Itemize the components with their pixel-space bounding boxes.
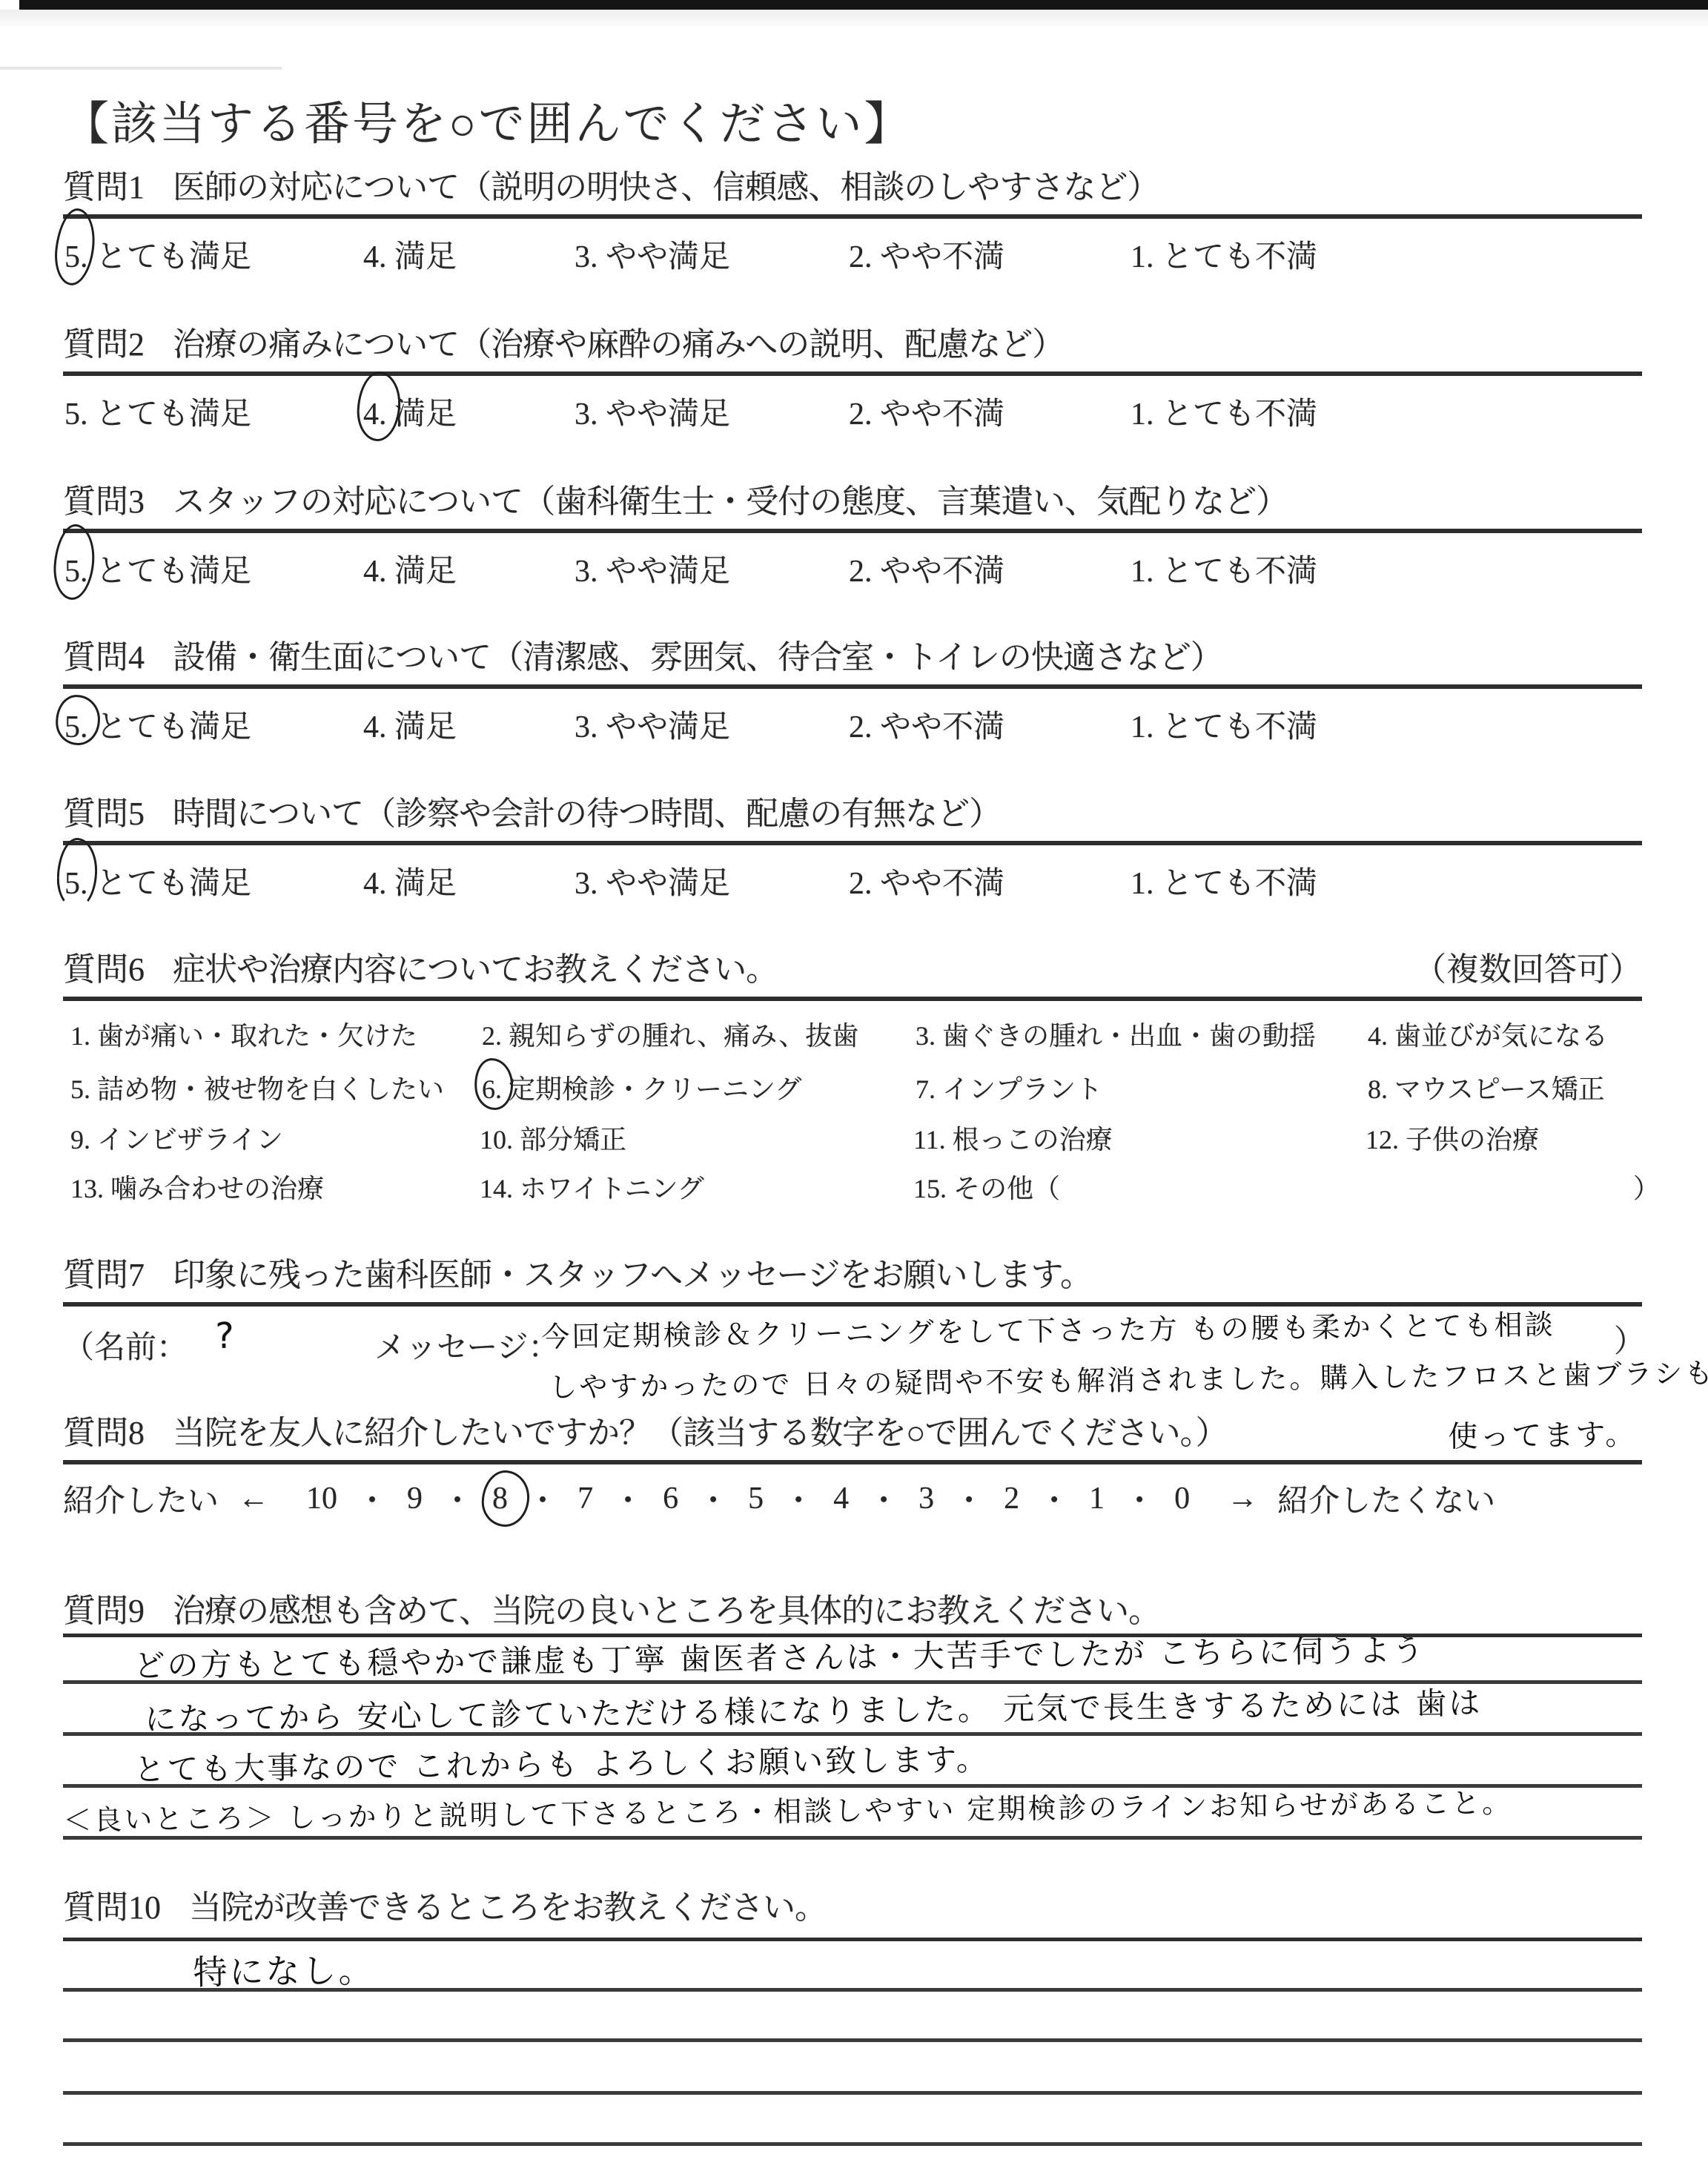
q3-option-2-label: 2. やや不満 xyxy=(849,555,1004,589)
q3-option-5[interactable]: 5. とても満足 xyxy=(64,546,251,591)
q1-number: 質問1 xyxy=(63,169,145,205)
q4-number: 質問4 xyxy=(63,639,145,676)
question-block-6: 質問6 症状や治療内容についてお教えください。 （複数回答可） 1. 歯が痛い・… xyxy=(63,951,1642,1216)
scanner-edge-shadow xyxy=(0,10,1708,29)
q10-title: 当院が改善できるところをお教えください。 xyxy=(189,1889,827,1926)
q8-scale-10-label: 10 xyxy=(306,1482,337,1516)
q2-option-2-label: 2. やや不満 xyxy=(849,397,1004,432)
q6-option-9[interactable]: 9. インビザライン xyxy=(70,1119,283,1157)
q6-option-8[interactable]: 8. マウスピース矯正 xyxy=(1368,1069,1605,1106)
q3-option-4-label: 4. 満足 xyxy=(363,555,457,589)
q8-scale-3-label: 3 xyxy=(918,1482,934,1516)
question-block-3: 質問3 スタッフの対応について（歯科衛生士・受付の態度、言葉遣い、気配りなど） … xyxy=(63,483,1642,591)
q1-heading: 質問1 医師の対応について（説明の明快さ、信頼感、相談のしやすさなど） xyxy=(63,169,1642,219)
q1-option-4[interactable]: 4. 満足 xyxy=(363,232,457,277)
q3-option-4[interactable]: 4. 満足 xyxy=(363,546,457,591)
q5-option-3[interactable]: 3. やや満足 xyxy=(575,859,730,903)
q10-number: 質問10 xyxy=(63,1889,161,1926)
q8-left-arrow: ← xyxy=(238,1481,269,1516)
q4-heading: 質問4 設備・衛生面について（清潔感、雰囲気、待合室・トイレの快適さなど） xyxy=(63,639,1642,689)
ruled-line xyxy=(63,1836,1642,1840)
question-block-2: 質問2 治療の痛みについて（治療や麻酔の痛みへの説明、配慮など） 5. とても満… xyxy=(63,326,1642,434)
q10-answer-area[interactable]: 特になし。 xyxy=(63,1941,1642,2156)
q6-option-15[interactable]: 15. その他（ xyxy=(913,1168,1060,1206)
q5-option-3-label: 3. やや満足 xyxy=(575,867,730,901)
scanned-survey-document: { "title": "【該当する番号を○で囲んでください】", "rating… xyxy=(0,0,1708,2160)
q8-dot: ・ xyxy=(783,1476,814,1521)
question-block-8: 質問8 当院を友人に紹介したいですか？（該当する数字を○で囲んでください。） 紹… xyxy=(63,1415,1642,1521)
q1-title: 医師の対応について（説明の明快さ、信頼感、相談のしやすさなど） xyxy=(173,169,1159,205)
q8-scale-2-label: 2 xyxy=(1004,1482,1019,1516)
q6-option-4-label: 4. 歯並びが気になる xyxy=(1368,1021,1608,1051)
q8-dot: ・ xyxy=(1124,1476,1155,1521)
q8-dot: ・ xyxy=(612,1476,643,1521)
q8-right-arrow: → xyxy=(1227,1481,1258,1516)
q1-options-row: 5. とても満足 4. 満足 3. やや満足 2. やや不満 1. とても不満 xyxy=(63,232,1642,277)
q4-option-1-label: 1. とても不満 xyxy=(1131,710,1317,744)
handwritten-circle-q3-5 xyxy=(52,524,97,602)
q8-heading: 質問8 当院を友人に紹介したいですか？（該当する数字を○で囲んでください。） xyxy=(63,1415,1642,1464)
q7-number: 質問7 xyxy=(63,1257,145,1293)
q6-option-6[interactable]: 6. 定期検診・クリーニング xyxy=(482,1069,801,1106)
ruled-line xyxy=(63,2091,1642,2095)
q6-option-15-label: 15. その他（ xyxy=(913,1174,1060,1203)
q8-scale-10[interactable]: 10 xyxy=(306,1481,337,1516)
q8-scale-0-label: 0 xyxy=(1174,1482,1190,1516)
q6-option-3-label: 3. 歯ぐきの腫れ・出血・歯の動揺 xyxy=(916,1021,1316,1051)
q6-options-grid: 1. 歯が痛い・取れた・欠けた 2. 親知らずの腫れ、痛み、抜歯 3. 歯ぐきの… xyxy=(63,1001,1642,1216)
q5-option-2-label: 2. やや不満 xyxy=(849,867,1004,901)
scan-smudge xyxy=(0,67,282,70)
q1-option-1-label: 1. とても不満 xyxy=(1131,240,1317,274)
q6-option-14[interactable]: 14. ホワイトニング xyxy=(480,1168,704,1206)
q8-scale-3[interactable]: 3 xyxy=(918,1481,934,1516)
q8-dot: ・ xyxy=(953,1476,984,1521)
q6-option-4[interactable]: 4. 歯並びが気になる xyxy=(1368,1015,1608,1053)
q3-options-row: 5. とても満足 4. 満足 3. やや満足 2. やや不満 1. とても不満 xyxy=(63,546,1642,591)
q2-option-3[interactable]: 3. やや満足 xyxy=(575,389,730,434)
q1-option-2-label: 2. やや不満 xyxy=(849,240,1004,274)
q6-option-2[interactable]: 2. 親知らずの腫れ、痛み、抜歯 xyxy=(482,1015,858,1053)
q8-scale-5-label: 5 xyxy=(748,1482,764,1516)
q6-option-10-label: 10. 部分矯正 xyxy=(480,1125,626,1155)
q6-option-9-label: 9. インビザライン xyxy=(70,1125,283,1155)
q6-note-multiple-answers: （複数回答可） xyxy=(1414,951,1642,988)
q9-number: 質問9 xyxy=(63,1593,145,1629)
q2-number: 質問2 xyxy=(63,326,145,363)
q9-answer-area[interactable]: どの方もとても穏やかで謙虚も丁寧 歯医者さんは・大苦手でしたが こちらに伺うよう… xyxy=(63,1637,1642,1849)
q8-number: 質問8 xyxy=(63,1415,145,1451)
handwritten-circle-q8-8 xyxy=(480,1470,531,1528)
q8-dot: ・ xyxy=(698,1476,729,1521)
q1-option-4-label: 4. 満足 xyxy=(363,240,457,274)
q7-heading: 質問7 印象に残った歯科医師・スタッフへメッセージをお願いします。 xyxy=(63,1257,1642,1307)
q2-option-1[interactable]: 1. とても不満 xyxy=(1131,389,1317,434)
q8-scale-5[interactable]: 5 xyxy=(748,1481,764,1516)
q8-label-dont-want-to-refer: 紹介したくない xyxy=(1277,1476,1495,1521)
q6-number: 質問6 xyxy=(63,951,145,988)
question-block-5: 質問5 時間について（診察や会計の待つ時間、配慮の有無など） 5. とても満足 … xyxy=(63,796,1642,903)
q4-option-3[interactable]: 3. やや満足 xyxy=(575,702,730,747)
question-block-1: 質問1 医師の対応について（説明の明快さ、信頼感、相談のしやすさなど） 5. と… xyxy=(63,169,1642,277)
q3-option-1-label: 1. とても不満 xyxy=(1131,555,1317,589)
q5-title: 時間について（診察や会計の待つ時間、配慮の有無など） xyxy=(173,796,1001,832)
q6-option-7-label: 7. インプラント xyxy=(916,1074,1102,1104)
q4-options-row: 5. とても満足 4. 満足 3. やや満足 2. やや不満 1. とても不満 xyxy=(63,702,1642,747)
q8-dot: ・ xyxy=(527,1476,558,1521)
ruled-line xyxy=(63,2142,1642,2146)
q6-option-11-label: 11. 根っこの治療 xyxy=(913,1125,1113,1155)
q8-scale-8[interactable]: 8 xyxy=(492,1481,508,1516)
q8-scale-row: 紹介したい ← 10 ・ 9 ・ 8 ・ 7 ・ 6 ・ 5 ・ 4 ・ 3 ・… xyxy=(63,1476,1642,1521)
q5-option-4-label: 4. 満足 xyxy=(363,867,457,901)
question-block-9: 質問9 治療の感想も含めて、当院の良いところを具体的にお教えください。 どの方も… xyxy=(63,1593,1642,1849)
q7-name-label: （名前： xyxy=(63,1323,188,1367)
q8-scale-4[interactable]: 4 xyxy=(833,1481,849,1516)
q4-option-3-label: 3. やや満足 xyxy=(575,710,730,744)
q5-number: 質問5 xyxy=(63,796,145,832)
q8-dot: ・ xyxy=(1039,1476,1070,1521)
q8-scale-4-label: 4 xyxy=(833,1482,849,1516)
scanner-edge-bar xyxy=(19,0,1708,10)
q7-message-line-2[interactable]: しやすかったので 日々の疑問や不安も解消されました。購入したフロスと歯ブラシも頑… xyxy=(549,1349,1708,1405)
q5-option-1-label: 1. とても不満 xyxy=(1131,867,1317,901)
q6-option-12-label: 12. 子供の治療 xyxy=(1366,1125,1539,1155)
q4-option-2-label: 2. やや不満 xyxy=(849,710,1004,744)
q9-handwritten-line-4: ＜良いところ＞ しっかりと説明して下さるところ・相談しやすい 定期検診のラインお… xyxy=(63,1780,1512,1838)
q8-scale-9[interactable]: 9 xyxy=(407,1481,423,1516)
q1-option-3-label: 3. やや満足 xyxy=(575,240,730,274)
q9-title: 治療の感想も含めて、当院の良いところを具体的にお教えください。 xyxy=(173,1593,1160,1629)
q6-option-15-close-paren: ） xyxy=(1633,1168,1660,1206)
q6-option-5[interactable]: 5. 詰め物・被せ物を白くしたい xyxy=(70,1069,444,1106)
q5-option-1[interactable]: 1. とても不満 xyxy=(1131,859,1317,903)
q3-option-3[interactable]: 3. やや満足 xyxy=(575,546,730,591)
q6-option-1[interactable]: 1. 歯が痛い・取れた・欠けた xyxy=(70,1015,417,1053)
q8-scale-1-label: 1 xyxy=(1089,1482,1105,1516)
q6-option-3[interactable]: 3. 歯ぐきの腫れ・出血・歯の動揺 xyxy=(916,1015,1316,1053)
q3-option-1[interactable]: 1. とても不満 xyxy=(1131,546,1317,591)
q2-option-5[interactable]: 5. とても満足 xyxy=(64,389,251,434)
q8-scale-6-label: 6 xyxy=(663,1482,678,1516)
q2-option-2[interactable]: 2. やや不満 xyxy=(849,389,1004,434)
q3-heading: 質問3 スタッフの対応について（歯科衛生士・受付の態度、言葉遣い、気配りなど） xyxy=(63,483,1642,533)
q8-title: 当院を友人に紹介したいですか？（該当する数字を○で囲んでください。） xyxy=(173,1415,1228,1451)
q6-option-13[interactable]: 13. 噛み合わせの治療 xyxy=(70,1168,324,1206)
q3-number: 質問3 xyxy=(63,483,145,520)
q8-scale-7[interactable]: 7 xyxy=(577,1481,593,1516)
q2-option-4[interactable]: 4. 満足 xyxy=(363,389,457,434)
q8-dot: ・ xyxy=(868,1476,899,1521)
q4-option-5[interactable]: 5. とても満足 xyxy=(64,702,251,747)
q7-title: 印象に残った歯科医師・スタッフへメッセージをお願いします。 xyxy=(173,1257,1092,1293)
q3-option-2[interactable]: 2. やや不満 xyxy=(849,546,1004,591)
q6-option-8-label: 8. マウスピース矯正 xyxy=(1368,1074,1605,1104)
q6-option-10[interactable]: 10. 部分矯正 xyxy=(480,1119,626,1157)
q8-dot: ・ xyxy=(442,1476,473,1521)
q1-option-5[interactable]: 5. とても満足 xyxy=(64,232,251,277)
ruled-line xyxy=(63,2038,1642,2042)
q5-option-2[interactable]: 2. やや不満 xyxy=(849,859,1004,903)
q1-option-1[interactable]: 1. とても不満 xyxy=(1131,232,1317,277)
q6-option-14-label: 14. ホワイトニング xyxy=(480,1174,704,1203)
q6-option-5-label: 5. 詰め物・被せ物を白くしたい xyxy=(70,1074,444,1104)
q2-options-row: 5. とても満足 4. 満足 3. やや満足 2. やや不満 1. とても不満 xyxy=(63,389,1642,434)
q2-option-3-label: 3. やや満足 xyxy=(575,397,730,432)
q6-title: 症状や治療内容についてお教えください。 xyxy=(173,951,778,988)
q2-heading: 質問2 治療の痛みについて（治療や麻酔の痛みへの説明、配慮など） xyxy=(63,326,1642,376)
q10-heading: 質問10 当院が改善できるところをお教えください。 xyxy=(63,1889,1642,1941)
q7-name-handwritten[interactable]: ? xyxy=(215,1315,236,1357)
question-block-4: 質問4 設備・衛生面について（清潔感、雰囲気、待合室・トイレの快適さなど） 5.… xyxy=(63,639,1642,747)
q9-handwritten-line-3: とても大事なので これからも よろしくお願い致します。 xyxy=(133,1735,990,1790)
q8-dot: ・ xyxy=(357,1476,388,1521)
q10-handwritten-answer: 特になし。 xyxy=(193,1943,375,1995)
q5-heading: 質問5 時間について（診察や会計の待つ時間、配慮の有無など） xyxy=(63,796,1642,845)
q8-label-want-to-refer: 紹介したい xyxy=(63,1476,219,1521)
question-block-10: 質問10 当院が改善できるところをお教えください。 特になし。 xyxy=(63,1889,1642,2156)
q2-title: 治療の痛みについて（治療や麻酔の痛みへの説明、配慮など） xyxy=(173,326,1064,363)
q6-option-6-label: 6. 定期検診・クリーニング xyxy=(482,1074,801,1104)
q8-scale-9-label: 9 xyxy=(407,1482,423,1516)
q4-option-4[interactable]: 4. 満足 xyxy=(363,702,457,747)
q5-option-4[interactable]: 4. 満足 xyxy=(363,859,457,903)
q5-options-row: 5. とても満足 4. 満足 3. やや満足 2. やや不満 1. とても不満 xyxy=(63,859,1642,903)
q7-message-line-1[interactable]: 今回定期検診＆クリーニングをして下さった方 もの腰も柔かくとても相談 xyxy=(541,1302,1555,1355)
q4-title: 設備・衛生面について（清潔感、雰囲気、待合室・トイレの快適さなど） xyxy=(173,639,1222,676)
q8-scale-7-label: 7 xyxy=(577,1482,593,1516)
q6-option-12[interactable]: 12. 子供の治療 xyxy=(1366,1119,1539,1157)
q6-heading: 質問6 症状や治療内容についてお教えください。 （複数回答可） xyxy=(63,951,1642,1001)
q2-option-5-label: 5. とても満足 xyxy=(64,397,251,432)
q2-option-1-label: 1. とても不満 xyxy=(1131,397,1317,432)
q9-handwritten-line-2: になってから 安心して診ていただける様になりました。 元気で長生きするためには … xyxy=(145,1679,1483,1740)
q4-option-4-label: 4. 満足 xyxy=(363,710,457,744)
q4-option-1[interactable]: 1. とても不満 xyxy=(1131,702,1317,747)
q4-option-2[interactable]: 2. やや不満 xyxy=(849,702,1004,747)
q6-option-1-label: 1. 歯が痛い・取れた・欠けた xyxy=(70,1021,417,1051)
q1-option-2[interactable]: 2. やや不満 xyxy=(849,232,1004,277)
q8-scale-1[interactable]: 1 xyxy=(1089,1481,1105,1516)
page-title: 【該当する番号を○で囲んでください】 xyxy=(63,99,912,150)
q6-option-13-label: 13. 噛み合わせの治療 xyxy=(70,1174,324,1203)
q6-option-2-label: 2. 親知らずの腫れ、痛み、抜歯 xyxy=(482,1021,858,1051)
q1-option-3[interactable]: 3. やや満足 xyxy=(575,232,730,277)
q8-scale-6[interactable]: 6 xyxy=(663,1481,678,1516)
q6-option-7[interactable]: 7. インプラント xyxy=(916,1069,1102,1106)
q7-message-label: メッセージ： xyxy=(374,1323,559,1367)
q5-option-5[interactable]: 5. とても満足 xyxy=(64,859,251,903)
q3-title: スタッフの対応について（歯科衛生士・受付の態度、言葉遣い、気配りなど） xyxy=(173,483,1288,520)
q8-scale-2[interactable]: 2 xyxy=(1004,1481,1019,1516)
q6-option-11[interactable]: 11. 根っこの治療 xyxy=(913,1119,1113,1157)
q3-option-3-label: 3. やや満足 xyxy=(575,555,730,589)
q8-scale-0[interactable]: 0 xyxy=(1174,1481,1190,1516)
